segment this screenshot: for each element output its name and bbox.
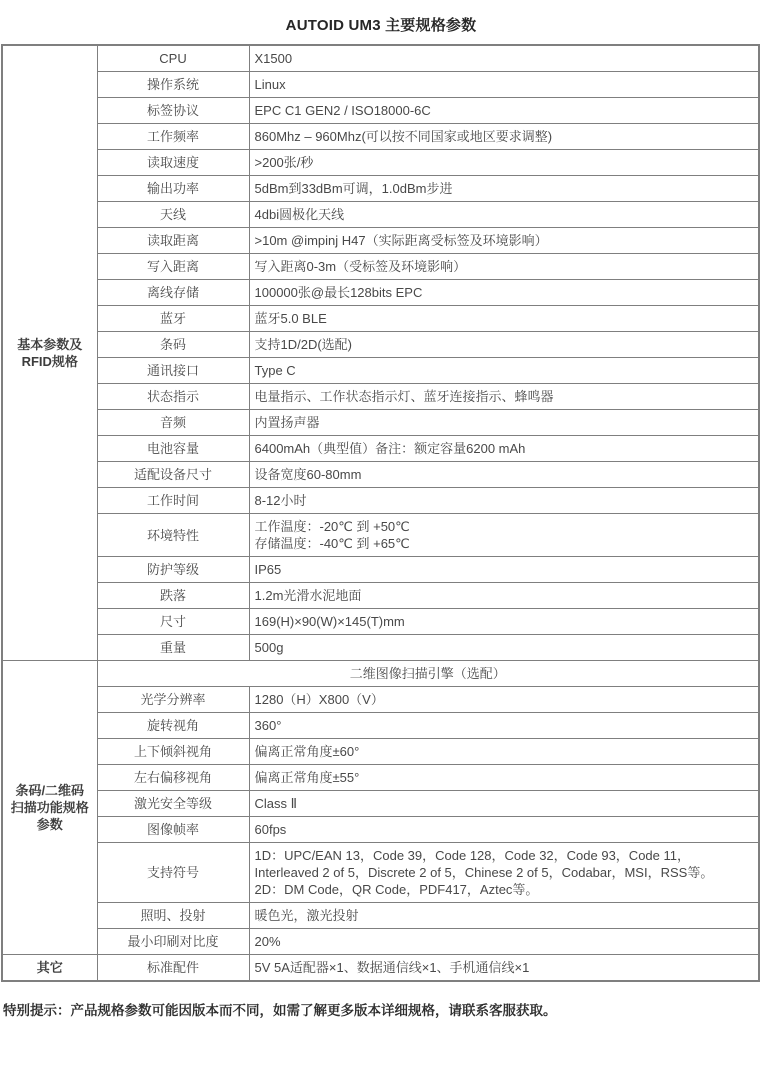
value-cell: Linux [249,72,759,98]
param-cell: 蓝牙 [97,306,249,332]
group-cell: 条码/二维码 扫描功能规格 参数 [2,661,97,955]
param-cell: 写入距离 [97,254,249,280]
spec-row: 环境特性工作温度：-20℃ 到 +50℃ 存储温度：-40℃ 到 +65℃ [2,514,759,557]
value-cell: 1D：UPC/EAN 13，Code 39，Code 128，Code 32，C… [249,843,759,903]
param-cell: 尺寸 [97,609,249,635]
spec-row: 上下倾斜视角偏离正常角度±60° [2,739,759,765]
spec-row: 条码/二维码 扫描功能规格 参数二维图像扫描引擎（选配） [2,661,759,687]
spec-row: 旋转视角360° [2,713,759,739]
spec-row: 音频内置扬声器 [2,410,759,436]
value-cell: >200张/秒 [249,150,759,176]
param-cell: 光学分辨率 [97,687,249,713]
param-cell: 离线存储 [97,280,249,306]
spec-row: 图像帧率60fps [2,817,759,843]
spec-row: 其它标准配件5V 5A适配器×1、数据通信线×1、手机通信线×1 [2,955,759,982]
value-cell: 500g [249,635,759,661]
value-cell: 5dBm到33dBm可调，1.0dBm步进 [249,176,759,202]
spec-row: 工作时间8-12小时 [2,488,759,514]
value-cell: 860Mhz – 960Mhz(可以按不同国家或地区要求调整) [249,124,759,150]
group-cell: 其它 [2,955,97,982]
spec-row: 天线4dbi圆极化天线 [2,202,759,228]
param-cell: 状态指示 [97,384,249,410]
spec-row: 防护等级IP65 [2,557,759,583]
value-cell: 写入距离0-3m（受标签及环境影响） [249,254,759,280]
spec-page: AUTOID UM3 主要规格参数 基本参数及 RFID规格CPUX1500操作… [0,0,762,1019]
spec-row: 光学分辨率1280（H）X800（V） [2,687,759,713]
param-cell: 环境特性 [97,514,249,557]
value-cell: 暖色光，激光投射 [249,903,759,929]
value-cell: Type C [249,358,759,384]
param-cell: 工作频率 [97,124,249,150]
param-cell: 读取速度 [97,150,249,176]
page-title: AUTOID UM3 主要规格参数 [0,0,762,44]
spec-row: 电池容量6400mAh（典型值）备注：额定容量6200 mAh [2,436,759,462]
value-cell: 8-12小时 [249,488,759,514]
value-cell: 6400mAh（典型值）备注：额定容量6200 mAh [249,436,759,462]
param-cell: 跌落 [97,583,249,609]
value-cell: EPC C1 GEN2 / ISO18000-6C [249,98,759,124]
param-cell: 电池容量 [97,436,249,462]
value-cell: 60fps [249,817,759,843]
value-cell: 360° [249,713,759,739]
param-cell: 音频 [97,410,249,436]
value-cell: 100000张@最长128bits EPC [249,280,759,306]
spec-row: 基本参数及 RFID规格CPUX1500 [2,45,759,72]
spec-row: 状态指示电量指示、工作状态指示灯、蓝牙连接指示、蜂鸣器 [2,384,759,410]
value-cell: 内置扬声器 [249,410,759,436]
spec-row: 适配设备尺寸设备宽度60-80mm [2,462,759,488]
value-cell: 5V 5A适配器×1、数据通信线×1、手机通信线×1 [249,955,759,982]
param-cell: 适配设备尺寸 [97,462,249,488]
param-cell: 标准配件 [97,955,249,982]
spec-row: 输出功率5dBm到33dBm可调，1.0dBm步进 [2,176,759,202]
value-cell: 偏离正常角度±60° [249,739,759,765]
spec-row: 尺寸169(H)×90(W)×145(T)mm [2,609,759,635]
param-cell: 天线 [97,202,249,228]
param-cell: 条码 [97,332,249,358]
spec-row: 通讯接口Type C [2,358,759,384]
param-cell: 通讯接口 [97,358,249,384]
param-cell: 图像帧率 [97,817,249,843]
spec-row: 照明、投射暖色光，激光投射 [2,903,759,929]
spec-row: 读取距离>10m @impinj H47（实际距离受标签及环境影响） [2,228,759,254]
value-cell: 蓝牙5.0 BLE [249,306,759,332]
value-cell: IP65 [249,557,759,583]
spec-row: 标签协议EPC C1 GEN2 / ISO18000-6C [2,98,759,124]
spec-row: 最小印刷对比度20% [2,929,759,955]
param-cell: 激光安全等级 [97,791,249,817]
section-header-cell: 二维图像扫描引擎（选配） [97,661,759,687]
spec-table-body: 基本参数及 RFID规格CPUX1500操作系统Linux标签协议EPC C1 … [2,45,759,981]
param-cell: 支持符号 [97,843,249,903]
spec-row: 左右偏移视角偏离正常角度±55° [2,765,759,791]
spec-row: 操作系统Linux [2,72,759,98]
param-cell: 工作时间 [97,488,249,514]
param-cell: 标签协议 [97,98,249,124]
param-cell: 防护等级 [97,557,249,583]
value-cell: 4dbi圆极化天线 [249,202,759,228]
param-cell: 旋转视角 [97,713,249,739]
param-cell: 操作系统 [97,72,249,98]
value-cell: 设备宽度60-80mm [249,462,759,488]
spec-row: 写入距离写入距离0-3m（受标签及环境影响） [2,254,759,280]
spec-table: 基本参数及 RFID规格CPUX1500操作系统Linux标签协议EPC C1 … [1,44,760,982]
spec-row: 读取速度>200张/秒 [2,150,759,176]
param-cell: CPU [97,45,249,72]
value-cell: Class Ⅱ [249,791,759,817]
value-cell: 偏离正常角度±55° [249,765,759,791]
param-cell: 最小印刷对比度 [97,929,249,955]
group-cell: 基本参数及 RFID规格 [2,45,97,661]
param-cell: 上下倾斜视角 [97,739,249,765]
param-cell: 照明、投射 [97,903,249,929]
spec-row: 重量500g [2,635,759,661]
spec-row: 工作频率860Mhz – 960Mhz(可以按不同国家或地区要求调整) [2,124,759,150]
param-cell: 重量 [97,635,249,661]
value-cell: X1500 [249,45,759,72]
param-cell: 输出功率 [97,176,249,202]
param-cell: 左右偏移视角 [97,765,249,791]
param-cell: 读取距离 [97,228,249,254]
spec-row: 条码支持1D/2D(选配) [2,332,759,358]
spec-row: 蓝牙蓝牙5.0 BLE [2,306,759,332]
spec-row: 跌落1.2m光滑水泥地面 [2,583,759,609]
value-cell: 169(H)×90(W)×145(T)mm [249,609,759,635]
footer-note: 特别提示：产品规格参数可能因版本而不同，如需了解更多版本详细规格，请联系客服获取… [0,982,762,1019]
value-cell: 电量指示、工作状态指示灯、蓝牙连接指示、蜂鸣器 [249,384,759,410]
value-cell: 支持1D/2D(选配) [249,332,759,358]
value-cell: 1280（H）X800（V） [249,687,759,713]
value-cell: 20% [249,929,759,955]
spec-row: 支持符号1D：UPC/EAN 13，Code 39，Code 128，Code … [2,843,759,903]
value-cell: >10m @impinj H47（实际距离受标签及环境影响） [249,228,759,254]
spec-row: 离线存储100000张@最长128bits EPC [2,280,759,306]
value-cell: 1.2m光滑水泥地面 [249,583,759,609]
spec-row: 激光安全等级Class Ⅱ [2,791,759,817]
value-cell: 工作温度：-20℃ 到 +50℃ 存储温度：-40℃ 到 +65℃ [249,514,759,557]
